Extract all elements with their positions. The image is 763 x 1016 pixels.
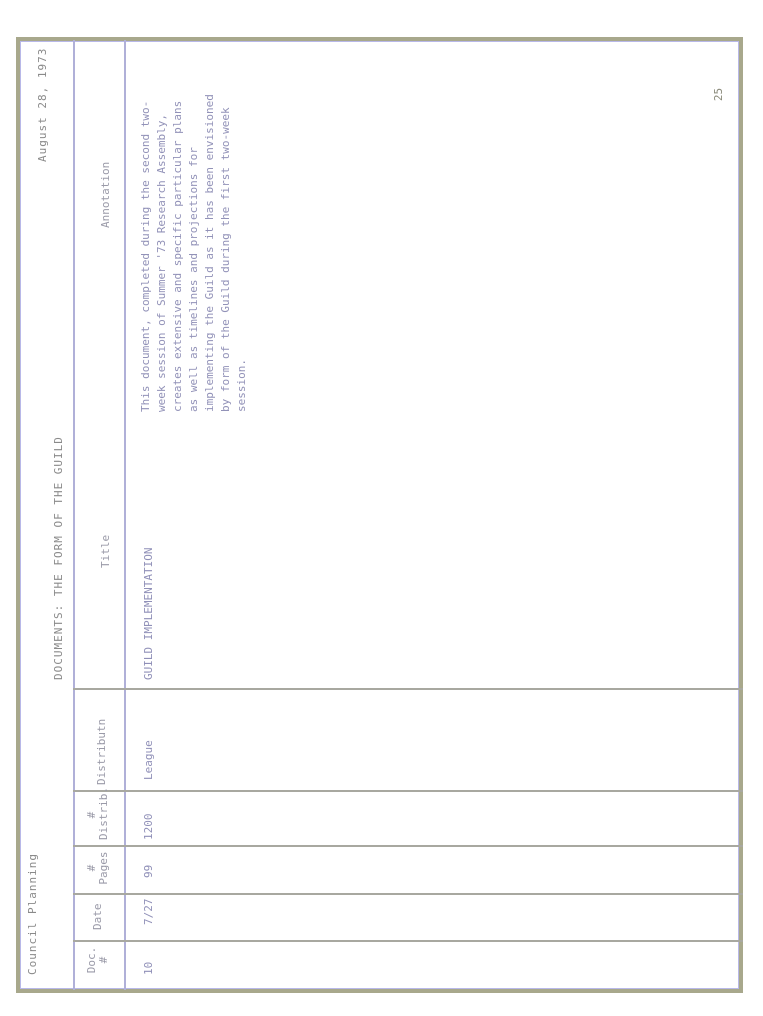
column-separator-distribution-count [73, 790, 743, 792]
section-title: DOCUMENTS: THE FORM OF THE GUILD [52, 436, 65, 680]
column-header-divider [124, 40, 126, 990]
cell-date: 7/27 [142, 899, 155, 926]
organization-label: Council Planning [26, 853, 39, 975]
cell-doc: 10 [142, 962, 155, 975]
column-header-distrib-count: # Distrib. [86, 790, 110, 840]
column-separator-date-doc [73, 940, 743, 942]
cell-distribution: League [142, 740, 155, 780]
cell-title: GUILD IMPLEMENTATION [142, 548, 155, 680]
column-header-doc: Doc. # [86, 945, 110, 975]
cell-pages: 99 [142, 865, 155, 878]
column-separator-title-distribution [73, 688, 743, 690]
column-header-annotation: Annotation [100, 162, 112, 228]
column-header-date: Date [92, 904, 104, 931]
column-header-distribution: Distributn [96, 719, 108, 785]
column-separator-count-pages [73, 845, 743, 847]
column-header-pages: # Pages [86, 848, 110, 888]
cell-annotation: This document, completed during the seco… [138, 82, 250, 412]
column-separator-pages-date [73, 893, 743, 895]
title-strip-divider [73, 40, 75, 990]
column-header-title: Title [100, 535, 112, 568]
document-date: August 28, 1973 [36, 48, 49, 162]
page-number: 25 [712, 88, 725, 101]
cell-distrib-count: 1200 [142, 814, 155, 841]
